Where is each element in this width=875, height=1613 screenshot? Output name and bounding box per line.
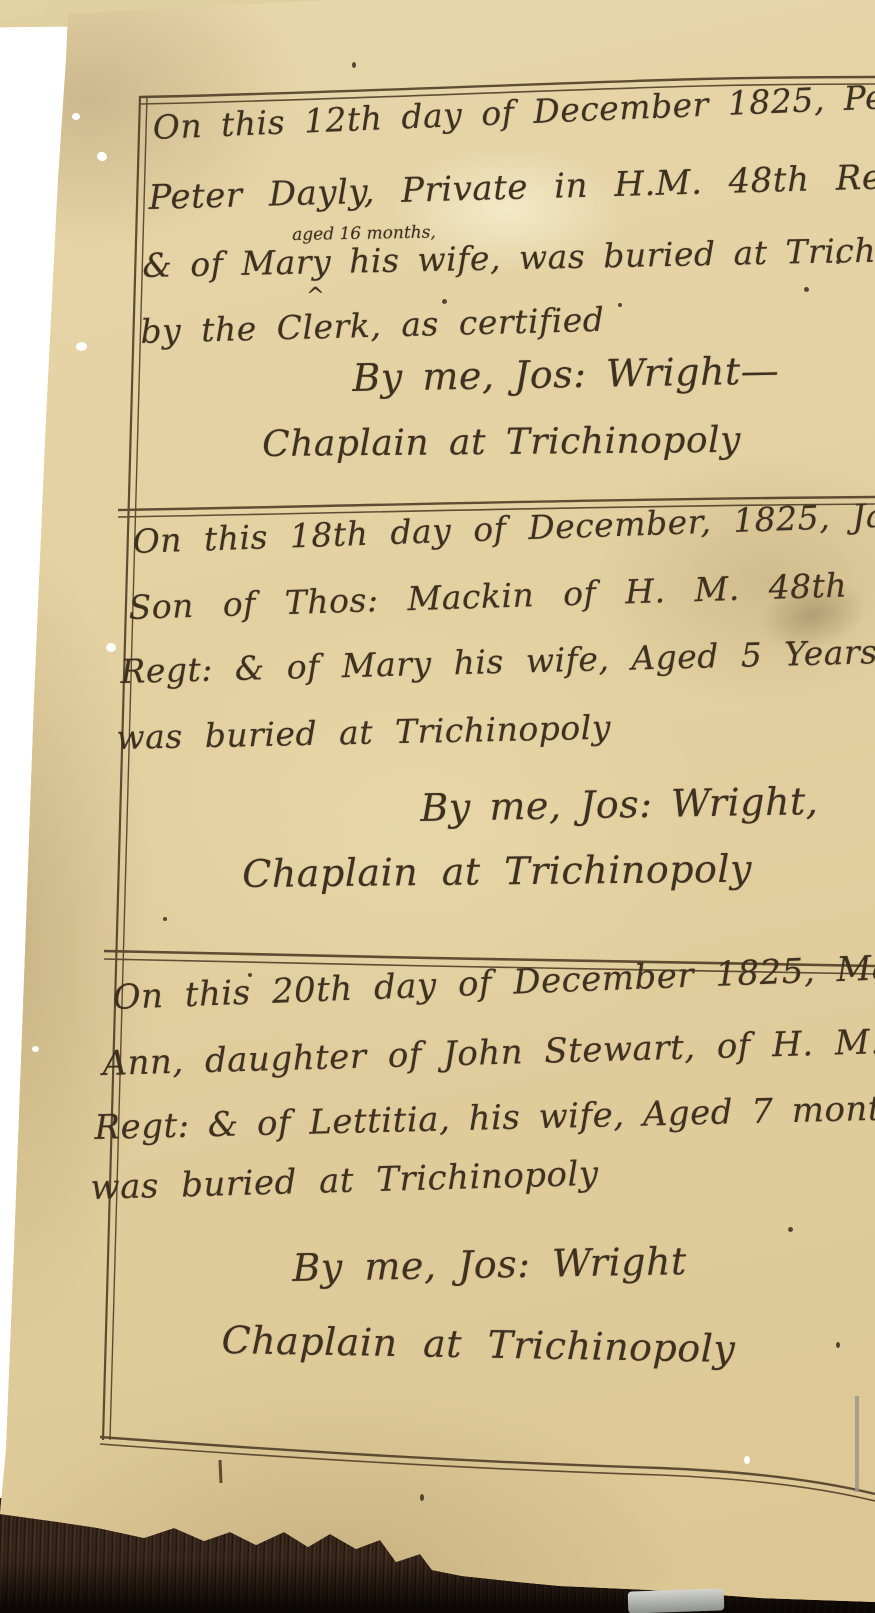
scanned-register-photo: On this 12th day of December 1825, Peter… — [0, 0, 875, 1613]
ruled-border-lines — [0, 0, 875, 1613]
ink-speck — [836, 260, 840, 264]
register-page: On this 12th day of December 1825, Peter… — [0, 0, 875, 1613]
ink-speck — [163, 917, 167, 921]
paper-hole — [32, 1046, 39, 1052]
paper-hole — [744, 1456, 750, 1464]
ink-speck — [420, 1494, 424, 1501]
ink-speck — [836, 1342, 840, 1348]
paper-hole — [76, 342, 87, 351]
ink-speck — [788, 1227, 793, 1232]
paper-hole — [72, 113, 80, 120]
paper-hole — [26, 202, 32, 208]
ink-speck — [352, 62, 356, 68]
metal-clip — [628, 1588, 725, 1613]
ink-speck — [442, 299, 447, 304]
ink-speck — [618, 303, 622, 307]
ink-speck — [248, 973, 252, 977]
ink-speck — [804, 287, 809, 292]
page-edge-sliver — [855, 1396, 859, 1492]
paper-hole — [106, 643, 116, 652]
